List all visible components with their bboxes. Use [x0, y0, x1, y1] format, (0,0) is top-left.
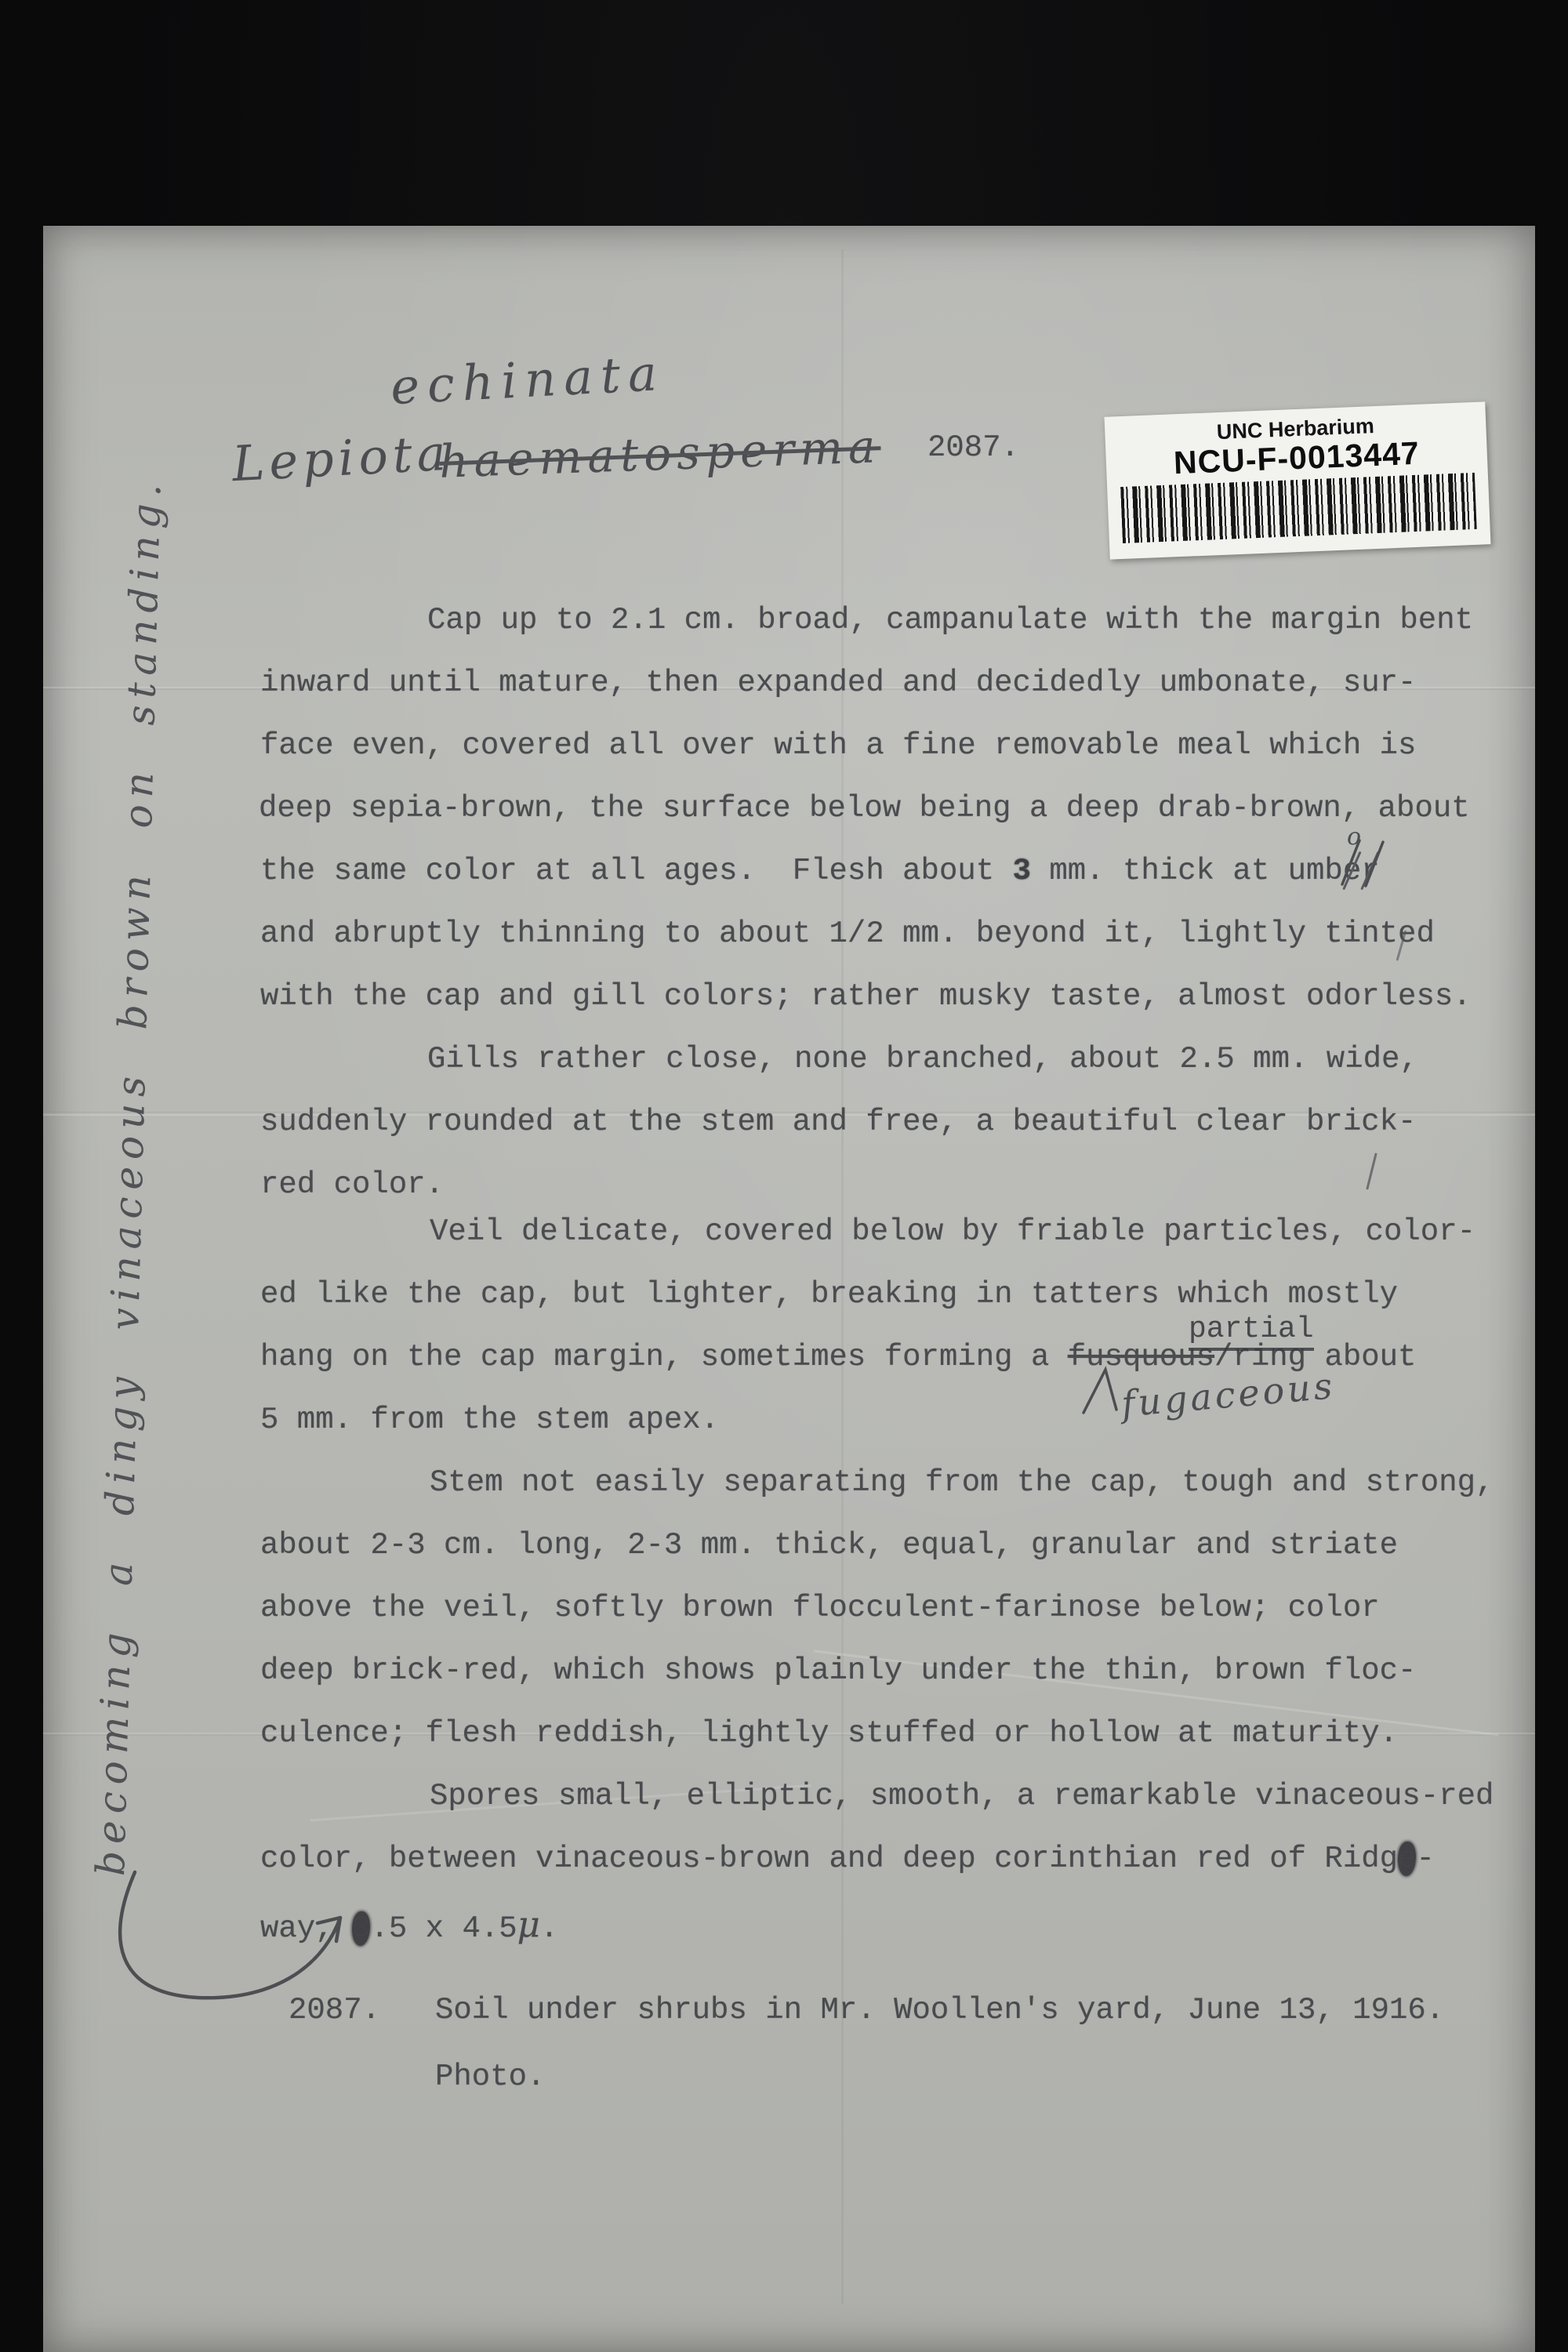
typed-line: with the cap and gill colors; rather mus…: [260, 982, 1472, 1012]
typed-text: way,: [260, 1911, 352, 1946]
overstruck-digit: 3: [1013, 854, 1031, 888]
typed-line: and abruptly thinning to about 1/2 mm. b…: [260, 919, 1435, 949]
photo-mount: echinata Lepiota haematosperma 2087. UNC…: [0, 0, 1568, 2352]
micron-symbol: μ: [517, 1904, 540, 1945]
typed-line: Stem not easily separating from the cap,…: [430, 1468, 1494, 1498]
typed-text: .5 x 4.5: [370, 1911, 517, 1946]
typed-line: deep brick-red, which shows plainly unde…: [260, 1656, 1416, 1686]
typed-line: the same color at all ages. Flesh about …: [260, 856, 1380, 887]
typed-line: 2087.: [289, 1995, 380, 2026]
typed-line: Photo.: [435, 2062, 545, 2092]
typed-line: inward until mature, then expanded and d…: [260, 668, 1416, 699]
typed-text: color, between vinaceous-brown and deep …: [260, 1842, 1398, 1876]
overstruck-blot: e: [1398, 1842, 1416, 1876]
typed-line: above the veil, softly brown flocculent-…: [260, 1593, 1380, 1624]
typed-line: Spores small, elliptic, smooth, a remark…: [430, 1781, 1494, 1812]
typed-line: 5 mm. from the stem apex.: [260, 1405, 719, 1436]
typed-line: suddenly rounded at the stem and free, a…: [260, 1107, 1416, 1138]
typed-line: face even, covered all over with a fine …: [260, 731, 1416, 761]
typed-line: way, 3.5 x 4.5μ.: [260, 1907, 558, 1944]
typed-line: about 2-3 cm. long, 2-3 mm. thick, equal…: [260, 1530, 1398, 1561]
overstruck-blot: 3: [352, 1911, 370, 1946]
typed-line: hang on the cap margin, sometimes formin…: [260, 1342, 1416, 1373]
typed-line: Cap up to 2.1 cm. broad, campanulate wit…: [427, 605, 1473, 636]
handwritten-umbo-letter: o: [1347, 823, 1361, 851]
typed-line: deep sepia-brown, the surface below bein…: [259, 793, 1470, 824]
typed-text: the same color at all ages. Flesh about: [260, 854, 1013, 888]
collection-number: 2087.: [927, 433, 1019, 463]
handwritten-genus: Lepiota: [230, 424, 452, 492]
typed-line: Soil under shrubs in Mr. Woollen's yard,…: [435, 1995, 1444, 2026]
typed-text: -: [1416, 1842, 1434, 1876]
typed-text: hang on the cap margin, sometimes formin…: [260, 1340, 1068, 1374]
typed-line: culence; flesh reddish, lightly stuffed …: [260, 1719, 1398, 1749]
typed-line: Veil delicate, covered below by friable …: [430, 1217, 1475, 1247]
barcode-icon: [1120, 473, 1477, 543]
typed-line: red color.: [260, 1170, 444, 1200]
typed-text: mm. thick at umb: [1031, 854, 1343, 888]
typed-line: color, between vinaceous-brown and deep …: [260, 1844, 1435, 1875]
struck-letters: er: [1343, 856, 1380, 887]
struck-word: fusquous: [1068, 1340, 1214, 1374]
typed-line: Gills rather close, none branched, about…: [427, 1044, 1418, 1075]
typed-text: .: [540, 1911, 558, 1946]
herbarium-barcode-label: UNC Herbarium NCU-F-0013447: [1105, 401, 1491, 559]
typed-line: ed like the cap, but lighter, breaking i…: [260, 1279, 1398, 1310]
